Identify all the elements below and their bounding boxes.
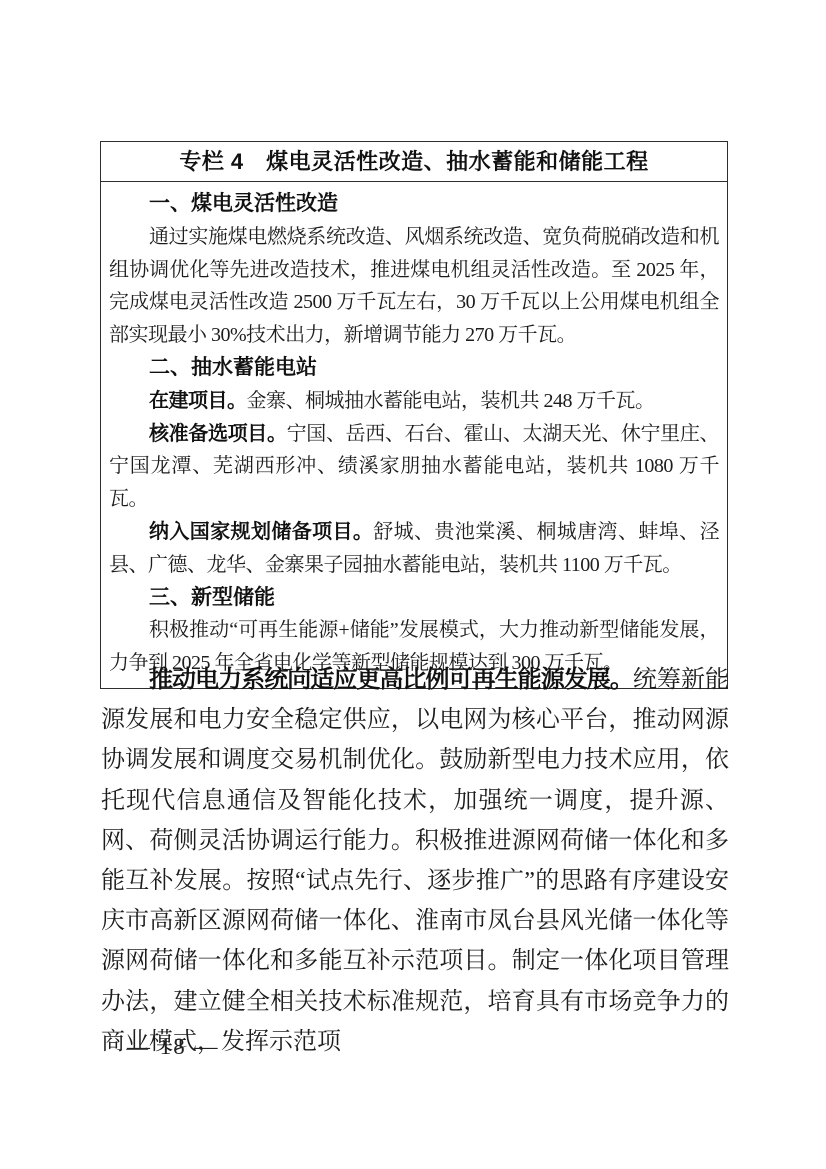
- document-page: 专栏 4 煤电灵活性改造、抽水蓄能和储能工程 一、煤电灵活性改造 通过实施煤电燃…: [0, 0, 826, 1169]
- project-item-label: 在建项目。: [149, 390, 247, 412]
- feature-box-content: 一、煤电灵活性改造 通过实施煤电燃烧系统改造、风烟系统改造、宽负荷脱硝改造和机组…: [101, 182, 727, 688]
- section-3-heading: 三、新型储能: [109, 582, 719, 615]
- project-item-label: 核准备选项目。: [149, 423, 287, 445]
- section-1-paragraph: 通过实施煤电燃烧系统改造、风烟系统改造、宽负荷脱硝改造和机组协调优化等先进改造技…: [109, 221, 719, 352]
- body-text: 统筹新能源发展和电力安全稳定供应，以电网为核心平台，推动网源协调发展和调度交易机…: [101, 667, 729, 1055]
- project-item-label: 纳入国家规划储备项目。: [149, 521, 373, 543]
- section-1-heading: 一、煤电灵活性改造: [109, 188, 719, 221]
- body-lead-sentence: 推动电力系统向适应更高比例可再生能源发展。: [149, 666, 633, 693]
- project-item-national-reserve: 纳入国家规划储备项目。舒城、贵池棠溪、桐城唐湾、蚌埠、泾县、广德、龙华、金寨果子…: [109, 516, 719, 582]
- section-2-heading: 二、抽水蓄能电站: [109, 352, 719, 385]
- body-paragraph: 推动电力系统向适应更高比例可再生能源发展。统筹新能源发展和电力安全稳定供应，以电…: [101, 660, 729, 1062]
- feature-box-title: 专栏 4 煤电灵活性改造、抽水蓄能和储能工程: [101, 142, 727, 182]
- project-item-text: 金寨、桐城抽水蓄能电站，装机共 248 万千瓦。: [247, 390, 655, 412]
- page-number: — 18 —: [127, 1034, 220, 1060]
- feature-box: 专栏 4 煤电灵活性改造、抽水蓄能和储能工程 一、煤电灵活性改造 通过实施煤电燃…: [100, 141, 728, 689]
- project-item-under-construction: 在建项目。金寨、桐城抽水蓄能电站，装机共 248 万千瓦。: [109, 385, 719, 418]
- project-item-approved-candidates: 核准备选项目。宁国、岳西、石台、霍山、太湖天光、休宁里庄、宁国龙潭、芜湖西形冲、…: [109, 418, 719, 516]
